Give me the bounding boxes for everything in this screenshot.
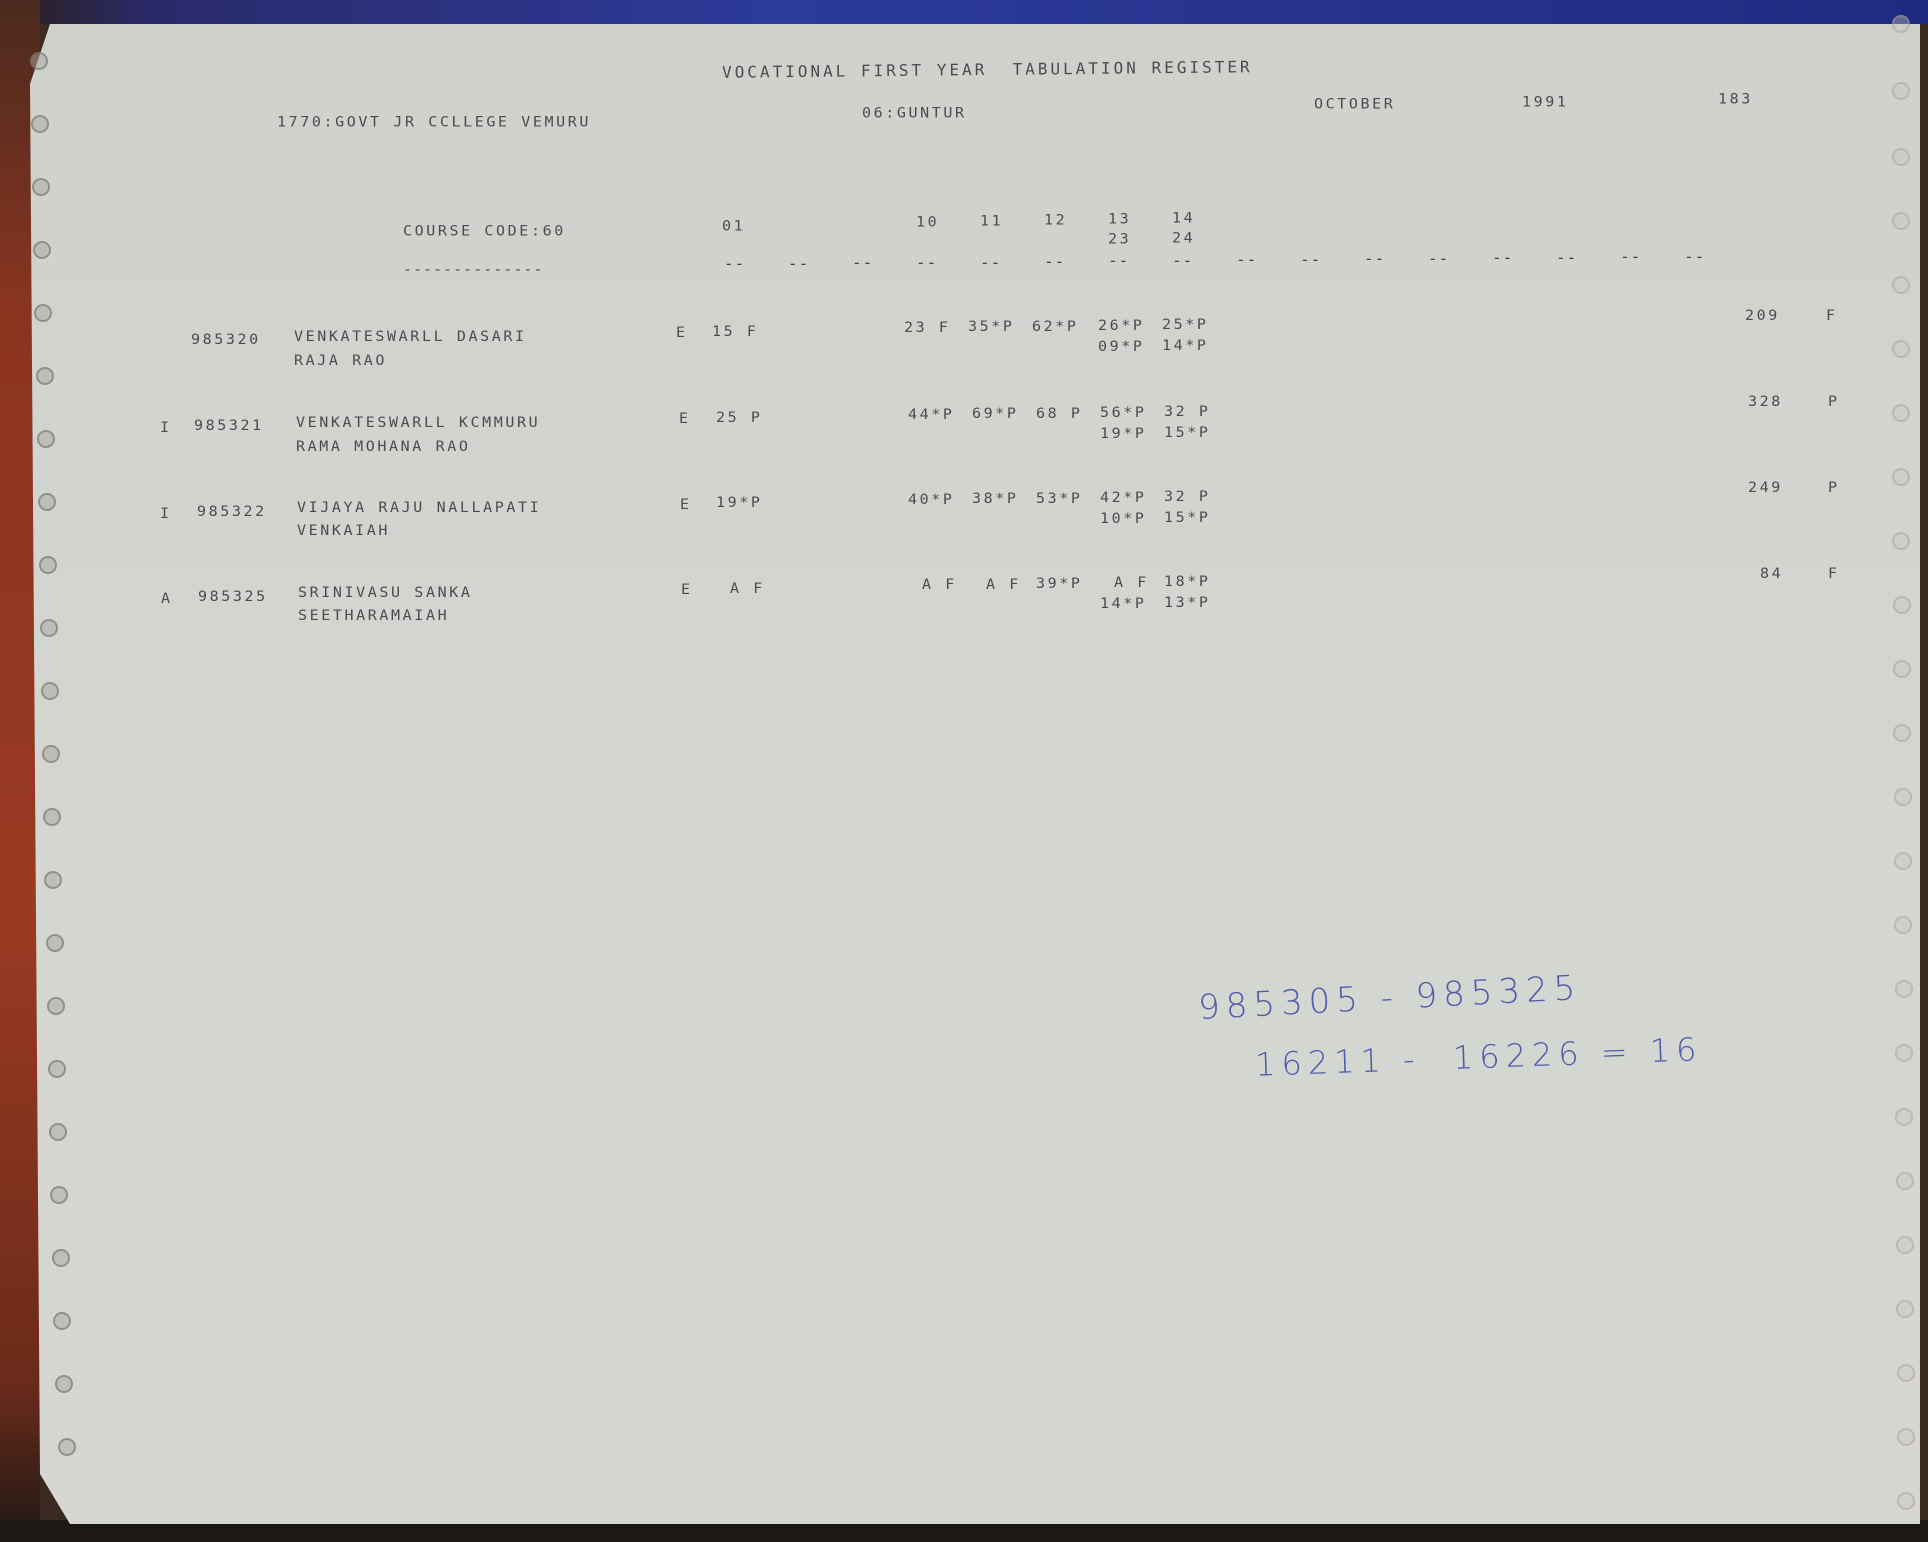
- roll-number: 985325: [198, 587, 268, 604]
- mark-sub01: A F: [730, 579, 765, 596]
- subject-code-24: 24: [1172, 229, 1195, 246]
- mark-sub12: 68 P: [1036, 404, 1083, 421]
- student-name: VIJAYA RAJU NALLAPATI: [297, 498, 541, 515]
- page-number: 183: [1718, 90, 1753, 107]
- column-dash: --: [1428, 249, 1449, 268]
- mark-sub14: 18*P: [1164, 572, 1211, 589]
- hole-icon: [1896, 1300, 1914, 1318]
- hole-icon: [1892, 148, 1910, 166]
- subject-code-12: 12: [1044, 211, 1067, 228]
- result: F: [1826, 306, 1838, 323]
- hole-icon: [33, 241, 51, 259]
- medium: E: [680, 495, 692, 512]
- column-dash: --: [1556, 248, 1577, 267]
- column-dash: --: [788, 254, 809, 273]
- hole-icon: [1892, 468, 1910, 486]
- hole-icon: [1892, 212, 1910, 230]
- exam-year: 1991: [1522, 93, 1569, 110]
- mark-sub01: 25 P: [716, 408, 763, 425]
- roll-number: 985320: [191, 330, 261, 347]
- total-marks: 209: [1745, 306, 1780, 323]
- total-marks: 328: [1748, 392, 1783, 409]
- column-dash: --: [852, 253, 873, 272]
- mark-sub23: 10*P: [1100, 509, 1147, 526]
- mark-sub11: 35*P: [968, 317, 1015, 334]
- student-name: VENKATESWARLL KCMMURU: [296, 413, 540, 430]
- mark-sub24: 13*P: [1164, 593, 1211, 610]
- parent-name: VENKAIAH: [297, 521, 390, 538]
- hole-icon: [1897, 1364, 1915, 1382]
- column-dash: --: [1172, 251, 1193, 270]
- mark-sub24: 15*P: [1164, 423, 1211, 440]
- hole-icon: [1893, 596, 1911, 614]
- hole-icon: [38, 493, 56, 511]
- mark-sub13: A F: [1114, 573, 1149, 590]
- hole-icon: [32, 178, 50, 196]
- exam-month: OCTOBER: [1314, 95, 1395, 112]
- total-marks: 249: [1748, 478, 1783, 495]
- subject-code-11: 11: [980, 212, 1003, 229]
- parent-name: RAJA RAO: [294, 351, 387, 368]
- mark-sub11: 69*P: [972, 404, 1019, 421]
- hole-icon: [37, 430, 55, 448]
- hole-icon: [1894, 916, 1912, 934]
- hole-icon: [1895, 1044, 1913, 1062]
- medium: E: [679, 409, 691, 426]
- mark-sub10: 23 F: [904, 318, 951, 335]
- mark-sub24: 15*P: [1164, 508, 1211, 525]
- hole-icon: [1897, 1428, 1915, 1446]
- subject-code-10: 10: [916, 213, 939, 230]
- column-dash: --: [1236, 250, 1257, 269]
- hole-icon: [41, 682, 59, 700]
- column-dash: --: [1492, 248, 1513, 267]
- mark-sub23: 14*P: [1100, 594, 1147, 611]
- column-dash: --: [1364, 249, 1385, 268]
- hole-icon: [1895, 1108, 1913, 1126]
- hole-icon: [1892, 15, 1910, 33]
- hole-icon: [31, 115, 49, 133]
- hole-icon: [1892, 276, 1910, 294]
- column-dash: --: [1044, 252, 1065, 271]
- hole-icon: [52, 1249, 70, 1267]
- mark-sub11: 38*P: [972, 489, 1019, 506]
- mark-sub10: 40*P: [908, 490, 955, 507]
- hole-icon: [30, 52, 48, 70]
- mark-sub23: 09*P: [1098, 337, 1145, 354]
- parent-name: SEETHARAMAIAH: [298, 606, 449, 623]
- column-dash: --: [1300, 250, 1321, 269]
- hole-icon: [55, 1375, 73, 1393]
- hole-icon: [1895, 980, 1913, 998]
- hole-icon: [42, 745, 60, 763]
- result: P: [1828, 392, 1840, 409]
- background-top: [0, 0, 1928, 24]
- mark-sub13: 56*P: [1100, 403, 1147, 420]
- roll-number: 985322: [197, 502, 267, 519]
- result: F: [1828, 564, 1840, 581]
- mark-sub24: 14*P: [1162, 336, 1209, 353]
- roll-number: 985321: [194, 416, 264, 433]
- hole-icon: [1897, 1492, 1915, 1510]
- subject-code-23: 23: [1108, 230, 1131, 247]
- hole-icon: [1894, 852, 1912, 870]
- student-name: SRINIVASU SANKA: [298, 583, 472, 600]
- course-code: COURSE CODE:60: [403, 222, 566, 239]
- mark-sub12: 62*P: [1032, 317, 1079, 334]
- subject-code-14: 14: [1172, 209, 1195, 226]
- hole-icon: [1892, 532, 1910, 550]
- hole-icon: [53, 1312, 71, 1330]
- hole-icon: [1894, 788, 1912, 806]
- hole-icon: [48, 1060, 66, 1078]
- hole-icon: [1892, 404, 1910, 422]
- mark-sub23: 19*P: [1100, 424, 1147, 441]
- column-dash: --: [916, 253, 937, 272]
- hole-icon: [43, 808, 61, 826]
- mark-sub14: 25*P: [1162, 315, 1209, 332]
- mark-sub13: 42*P: [1100, 488, 1147, 505]
- column-dash: --: [724, 254, 745, 273]
- hole-icon: [49, 1123, 67, 1141]
- college-name: 1770:GOVT JR CCLLEGE VEMURU: [277, 113, 591, 130]
- mark-sub12: 53*P: [1036, 489, 1083, 506]
- hole-icon: [46, 934, 64, 952]
- row-flag: I: [160, 418, 172, 435]
- hole-icon: [40, 619, 58, 637]
- course-code-underline: --------------: [403, 260, 543, 277]
- medium: E: [681, 580, 693, 597]
- mark-sub01: 15 F: [712, 322, 759, 339]
- hole-icon: [1892, 82, 1910, 100]
- column-dash: --: [1108, 251, 1129, 270]
- total-marks: 84: [1760, 564, 1783, 581]
- mark-sub10: A F: [922, 575, 957, 592]
- row-flag: A: [161, 589, 173, 606]
- mark-sub14: 32 P: [1164, 402, 1211, 419]
- mark-sub12: 39*P: [1036, 574, 1083, 591]
- student-name: VENKATESWARLL DASARI: [294, 327, 527, 344]
- hole-icon: [50, 1186, 68, 1204]
- mark-sub10: 44*P: [908, 405, 955, 422]
- subject-code-01: 01: [722, 217, 745, 234]
- subject-code-13: 13: [1108, 210, 1131, 227]
- hole-icon: [47, 997, 65, 1015]
- row-flag: I: [160, 504, 172, 521]
- column-dash: --: [980, 253, 1001, 272]
- hole-icon: [1893, 724, 1911, 742]
- hole-icon: [1893, 660, 1911, 678]
- column-dash: --: [1684, 247, 1705, 266]
- hole-icon: [44, 871, 62, 889]
- hole-icon: [58, 1438, 76, 1456]
- district-name: 06:GUNTUR: [862, 104, 967, 121]
- mark-sub11: A F: [986, 575, 1021, 592]
- mark-sub01: 19*P: [716, 493, 763, 510]
- medium: E: [676, 323, 688, 340]
- hole-icon: [36, 367, 54, 385]
- hole-icon: [1896, 1236, 1914, 1254]
- mark-sub13: 26*P: [1098, 316, 1145, 333]
- hole-icon: [1896, 1172, 1914, 1190]
- hole-icon: [34, 304, 52, 322]
- result: P: [1828, 478, 1840, 495]
- hole-icon: [39, 556, 57, 574]
- parent-name: RAMA MOHANA RAO: [296, 437, 470, 454]
- mark-sub14: 32 P: [1164, 487, 1211, 504]
- column-dash: --: [1620, 247, 1641, 266]
- hole-icon: [1892, 340, 1910, 358]
